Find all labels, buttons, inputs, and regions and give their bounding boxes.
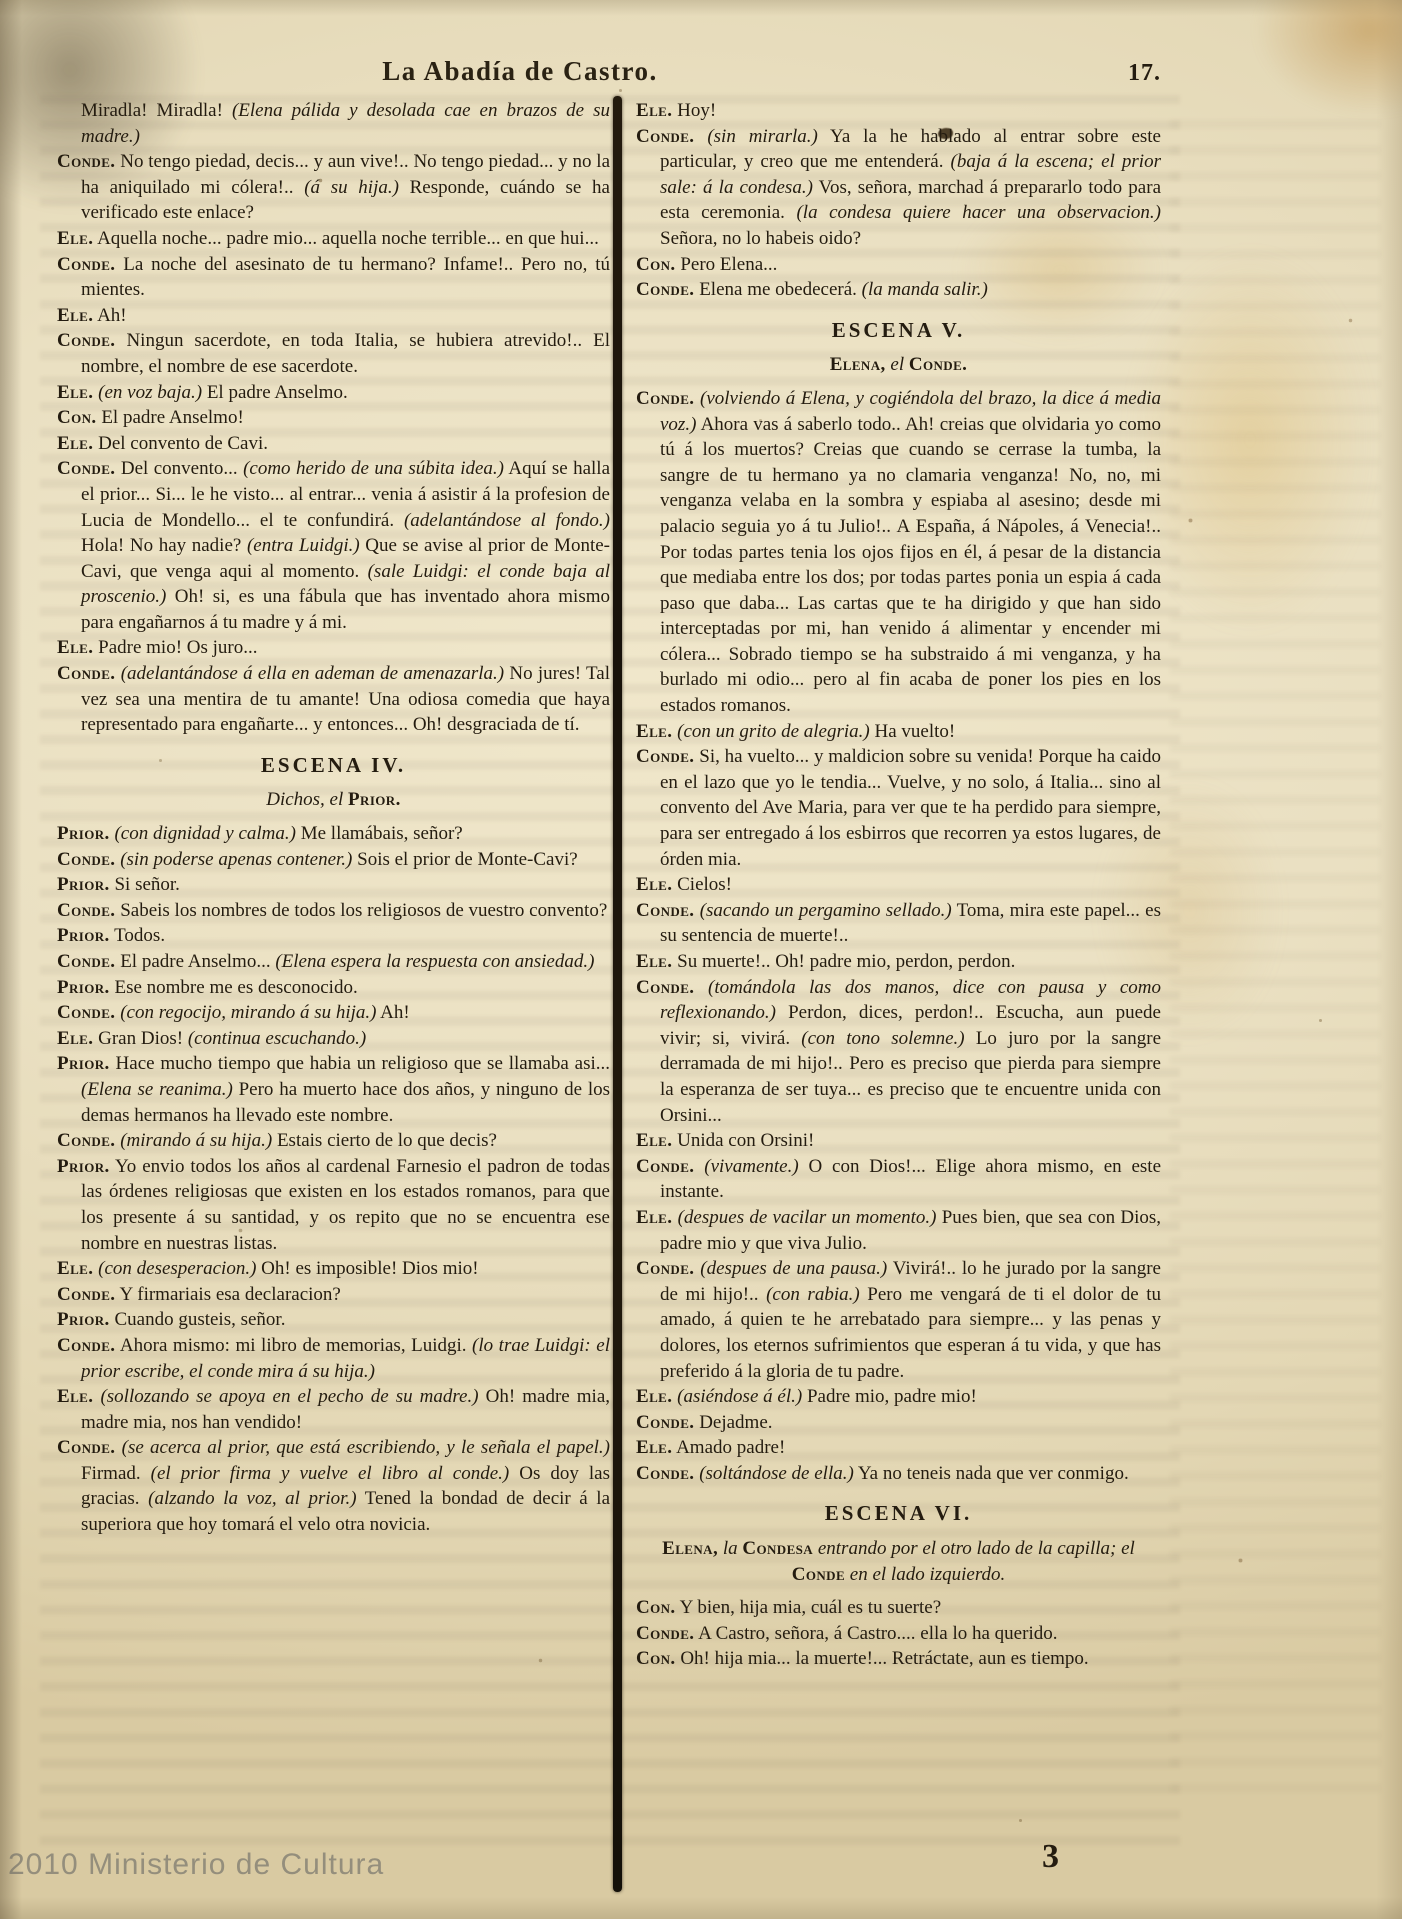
dialogue-text: Firmad.: [81, 1463, 151, 1484]
dialogue-text: Su muerte!.. Oh! padre mio, perdon, perd…: [677, 951, 1015, 972]
speaker-label: Conde.: [57, 458, 115, 479]
dialogue-line: Prior. Hace mucho tiempo que habia un re…: [57, 1051, 610, 1128]
stage-direction: (asiéndose á él.): [677, 1386, 802, 1407]
stage-direction: (Elena se reanima.): [81, 1079, 233, 1100]
dialogue-text: Y bien, hija mia, cuál es tu suerte?: [680, 1597, 942, 1618]
dialogue-line: Conde. Dejadme.: [636, 1410, 1161, 1436]
speaker-label: Prior.: [57, 823, 110, 844]
character-name: Elena,: [662, 1538, 718, 1559]
stage-direction: (con desesperacion.): [98, 1258, 256, 1279]
watermark: 2010 Ministerio de Cultura: [8, 1848, 384, 1882]
dialogue-text: Ese nombre me es desconocido.: [114, 977, 357, 998]
dialogue-line: Ele. (despues de vacilar un momento.) Pu…: [636, 1205, 1161, 1256]
dialogue-text: Pero Elena...: [680, 254, 777, 275]
stage-direction: (mirando á su hija.): [120, 1130, 272, 1151]
speaker-label: Conde.: [636, 1412, 694, 1433]
column-divider: [613, 96, 622, 1892]
stage-direction: en el lado izquierdo.: [845, 1564, 1005, 1585]
speaker-label: Conde.: [636, 900, 694, 921]
dialogue-text: Gran Dios!: [98, 1028, 188, 1049]
character-name: Conde.: [909, 354, 967, 375]
dialogue-line: Prior. Todos.: [57, 923, 610, 949]
speaker-label: Ele.: [57, 1258, 93, 1279]
dialogue-line: Conde. Ningun sacerdote, en toda Italia,…: [57, 328, 610, 379]
dialogue-line: Con. Oh! hija mia... la muerte!... Retrá…: [636, 1646, 1161, 1672]
dialogue-line: Ele. Amado padre!: [636, 1435, 1161, 1461]
speaker-label: Prior.: [57, 925, 110, 946]
stage-direction: (alzando la voz, al prior.): [148, 1488, 356, 1509]
dialogue-line: Ele. Cielos!: [636, 872, 1161, 898]
dialogue-text: Ya no teneis nada que ver conmigo.: [854, 1463, 1129, 1484]
stage-direction: (la manda salir.): [862, 279, 988, 300]
speaker-label: Ele.: [57, 1028, 93, 1049]
dialogue-text: Amado padre!: [676, 1437, 785, 1458]
stage-direction: (sollozando se apoya en el pecho de su m…: [100, 1386, 478, 1407]
stage-direction: (sacando un pergamino sellado.): [700, 900, 952, 921]
dialogue-line: Prior. Si señor.: [57, 872, 610, 898]
speaker-label: Con.: [636, 254, 676, 275]
speaker-label: Conde.: [636, 388, 694, 409]
dialogue-text: El padre Anselmo...: [120, 951, 275, 972]
scene-cast: Elena, la Condesa entrando por el otro l…: [636, 1536, 1161, 1587]
dialogue-text: Ha vuelto!: [870, 721, 955, 742]
dialogue-line: Conde. El padre Anselmo... (Elena espera…: [57, 949, 610, 975]
scene-heading: ESCENA IV.: [57, 753, 610, 779]
dialogue-text: Ahora mismo: mi libro de memorias, Luidg…: [120, 1335, 472, 1356]
dialogue-line: Conde. Y firmariais esa declaracion?: [57, 1282, 610, 1308]
speaker-label: Ele.: [57, 433, 93, 454]
dialogue-text: Unida con Orsini!: [677, 1130, 814, 1151]
speaker-label: Prior.: [57, 874, 110, 895]
stage-direction: (se acerca al prior, que está escribiend…: [122, 1437, 610, 1458]
speaker-label: Ele.: [636, 721, 672, 742]
stage-direction: (soltándose de ella.): [699, 1463, 854, 1484]
speaker-label: Conde.: [57, 254, 115, 275]
dialogue-line: Con. El padre Anselmo!: [57, 405, 610, 431]
dialogue-line: Prior. (con dignidad y calma.) Me llamáb…: [57, 821, 610, 847]
stage-direction: (adelantándose al fondo.): [404, 510, 610, 531]
dialogue-line: Conde. (soltándose de ella.) Ya no tenei…: [636, 1461, 1161, 1487]
dialogue-text: Dejadme.: [699, 1412, 772, 1433]
dialogue-line: Ele. (asiéndose á él.) Padre mio, padre …: [636, 1384, 1161, 1410]
dialogue-text: Todos.: [114, 925, 165, 946]
dialogue-line: Conde. Sabeis los nombres de todos los r…: [57, 898, 610, 924]
dialogue-line: Ele. (sollozando se apoya en el pecho de…: [57, 1384, 610, 1435]
dialogue-line: Ele. Hoy!: [636, 98, 1161, 124]
speaker-label: Conde.: [57, 151, 115, 172]
speaker-label: Prior.: [57, 977, 110, 998]
character-name: Prior.: [348, 789, 401, 810]
scanned-book-page: La Abadía de Castro. 17. Miradla! Miradl…: [0, 0, 1402, 1919]
speaker-label: Conde.: [636, 1463, 694, 1484]
stage-direction: (vivamente.): [704, 1156, 798, 1177]
dialogue-line: Ele. (con un grito de alegria.) Ha vuelt…: [636, 719, 1161, 745]
speaker-label: Conde.: [57, 1437, 115, 1458]
stage-direction: (Elena espera la respuesta con ansiedad.…: [275, 951, 594, 972]
dialogue-text: Y firmariais esa declaracion?: [119, 1284, 340, 1305]
dialogue-text: Sabeis los nombres de todos los religios…: [120, 900, 607, 921]
dialogue-line: Con. Pero Elena...: [636, 252, 1161, 278]
stain: [1130, 250, 1370, 630]
dialogue-line: Conde. (sin mirarla.) Ya la he hablado a…: [636, 124, 1161, 252]
dialogue-text: Oh! es imposible! Dios mio!: [256, 1258, 478, 1279]
stage-direction: (con regocijo, mirando á su hija.): [120, 1002, 376, 1023]
stage-direction: (con rabia.): [766, 1284, 860, 1305]
column-right: Ele. Hoy!Conde. (sin mirarla.) Ya la he …: [636, 98, 1161, 1672]
stage-direction: (á su hija.): [304, 177, 399, 198]
stage-direction: (entra Luidgi.): [247, 535, 360, 556]
stage-direction: (sin poderse apenas contener.): [120, 849, 352, 870]
column-left: Miradla! Miradla! (Elena pálida y desola…: [57, 98, 610, 1538]
stage-direction: (adelantándose á ella en ademan de amena…: [121, 663, 504, 684]
stage-direction: (con tono solemne.): [801, 1028, 964, 1049]
dialogue-line: Conde. (con regocijo, mirando á su hija.…: [57, 1000, 610, 1026]
speaker-label: Conde.: [636, 1623, 694, 1644]
dialogue-line: Ele. Ah!: [57, 303, 610, 329]
dialogue-line: Conde. Ahora mismo: mi libro de memorias…: [57, 1333, 610, 1384]
dialogue-line: Ele. Unida con Orsini!: [636, 1128, 1161, 1154]
speaker-label: Conde.: [636, 126, 694, 147]
dialogue-text: Ahora vas á saberlo todo.. Ah! creias qu…: [660, 414, 1161, 717]
dialogue-text: Aquella noche... padre mio... aquella no…: [97, 228, 599, 249]
stage-direction: (sin mirarla.): [707, 126, 818, 147]
dialogue-line: Ele. Su muerte!.. Oh! padre mio, perdon,…: [636, 949, 1161, 975]
dialogue-text: Padre mio, padre mio!: [802, 1386, 977, 1407]
page-number: 17.: [1128, 60, 1161, 87]
speaker-label: Prior.: [57, 1156, 110, 1177]
speaker-label: Conde.: [57, 951, 115, 972]
dialogue-text: El padre Anselmo!: [101, 407, 243, 428]
dialogue-text: Me llamábais, señor?: [296, 823, 463, 844]
dialogue-text: A Castro, señora, á Castro.... ella lo h…: [698, 1623, 1057, 1644]
dialogue-text: Cuando gusteis, señor.: [114, 1309, 285, 1330]
scene-heading: ESCENA V.: [636, 318, 1161, 344]
speaker-label: Ele.: [636, 874, 672, 895]
stage-direction: (el prior firma y vuelve el libro al con…: [151, 1463, 510, 1484]
dialogue-line: Conde. (mirando á su hija.) Estais ciert…: [57, 1128, 610, 1154]
speaker-label: Con.: [636, 1597, 676, 1618]
dialogue-line: Conde. (despues de una pausa.) Vivirá!..…: [636, 1256, 1161, 1384]
stage-direction: entrando por el otro lado de la capilla;…: [813, 1538, 1135, 1559]
stage-direction: (con un grito de alegria.): [677, 721, 870, 742]
dialogue-text: La noche del asesinato de tu hermano? In…: [81, 254, 610, 301]
speaker-label: Conde.: [57, 1130, 115, 1151]
dialogue-line: Prior. Ese nombre me es desconocido.: [57, 975, 610, 1001]
speaker-label: Ele.: [57, 382, 93, 403]
dialogue-text: Si señor.: [114, 874, 179, 895]
speaker-label: Conde.: [57, 849, 115, 870]
dialogue-line: Ele. (en voz baja.) El padre Anselmo.: [57, 380, 610, 406]
speaker-label: Conde.: [636, 977, 694, 998]
foxing-speckles: [0, 0, 1, 1]
scene-cast: Elena, el Conde.: [636, 352, 1161, 378]
dialogue-line: Conde. A Castro, señora, á Castro.... el…: [636, 1621, 1161, 1647]
stage-direction: (continua escuchando.): [188, 1028, 366, 1049]
dialogue-line: Conde. La noche del asesinato de tu herm…: [57, 252, 610, 303]
speaker-label: Conde.: [636, 1258, 694, 1279]
speaker-label: Ele.: [636, 1437, 672, 1458]
speaker-label: Ele.: [636, 100, 672, 121]
dialogue-line: Con. Y bien, hija mia, cuál es tu suerte…: [636, 1595, 1161, 1621]
dialogue-line: Ele. (con desesperacion.) Oh! es imposib…: [57, 1256, 610, 1282]
page-header-title: La Abadía de Castro.: [290, 56, 750, 87]
character-name: Conde: [792, 1564, 845, 1585]
speaker-label: Conde.: [57, 900, 115, 921]
dialogue-text: Ah!: [97, 305, 127, 326]
dialogue-text: Ningun sacerdote, en toda Italia, se hub…: [81, 330, 610, 377]
stage-direction: el: [886, 354, 909, 375]
dialogue-text: Señora, no lo habeis oido?: [660, 228, 861, 249]
dialogue-line: Miradla! Miradla! (Elena pálida y desola…: [57, 98, 610, 149]
dialogue-line: Ele. Del convento de Cavi.: [57, 431, 610, 457]
sheet-signature: 3: [1042, 1838, 1059, 1876]
dialogue-text: Sois el prior de Monte-Cavi?: [352, 849, 577, 870]
dialogue-text: Yo envio todos los años al cardenal Farn…: [81, 1156, 610, 1254]
dialogue-line: Conde. (adelantándose á ella en ademan d…: [57, 661, 610, 738]
dialogue-text: Elena me obedecerá.: [699, 279, 861, 300]
speaker-label: Conde.: [57, 1284, 115, 1305]
speaker-label: Conde.: [636, 1156, 694, 1177]
stage-direction: (con dignidad y calma.): [114, 823, 296, 844]
speaker-label: Ele.: [57, 637, 93, 658]
dialogue-line: Prior. Yo envio todos los años al carden…: [57, 1154, 610, 1256]
dialogue-line: Prior. Cuando gusteis, señor.: [57, 1307, 610, 1333]
speaker-label: Ele.: [636, 1207, 672, 1228]
speaker-label: Ele.: [636, 1386, 672, 1407]
dialogue-line: Conde. Del convento... (como herido de u…: [57, 456, 610, 635]
dialogue-line: Ele. Gran Dios! (continua escuchando.): [57, 1026, 610, 1052]
dialogue-line: Ele. Aquella noche... padre mio... aquel…: [57, 226, 610, 252]
stage-direction: (la condesa quiere hacer una observacion…: [796, 202, 1161, 223]
dialogue-line: Conde. (vivamente.) O con Dios!... Elige…: [636, 1154, 1161, 1205]
scene-heading: ESCENA VI.: [636, 1501, 1161, 1527]
speaker-label: Conde.: [57, 663, 115, 684]
dialogue-text: Si, ha vuelto... y maldicion sobre su ve…: [660, 746, 1161, 869]
dialogue-line: Conde. (sacando un pergamino sellado.) T…: [636, 898, 1161, 949]
speaker-label: Ele.: [57, 1386, 93, 1407]
scene-cast: Dichos, el Prior.: [57, 787, 610, 813]
speaker-label: Ele.: [636, 1130, 672, 1151]
speaker-label: Ele.: [636, 951, 672, 972]
speaker-label: Prior.: [57, 1309, 110, 1330]
dialogue-text: Miradla! Miradla!: [81, 100, 232, 121]
stage-direction: (despues de vacilar un momento.): [678, 1207, 937, 1228]
dialogue-line: Conde. (sin poderse apenas contener.) So…: [57, 847, 610, 873]
dialogue-text: Cielos!: [677, 874, 732, 895]
dialogue-text: Hace mucho tiempo que habia un religioso…: [116, 1053, 610, 1074]
speaker-label: Con.: [636, 1648, 676, 1669]
stage-direction: (despues de una pausa.): [700, 1258, 887, 1279]
dialogue-text: Hola! No hay nadie?: [81, 535, 247, 556]
dialogue-text: El padre Anselmo.: [202, 382, 348, 403]
dialogue-line: Conde. Elena me obedecerá. (la manda sal…: [636, 277, 1161, 303]
stage-direction: la: [718, 1538, 742, 1559]
stage-direction: (en voz baja.): [98, 382, 202, 403]
dialogue-text: Ah!: [376, 1002, 409, 1023]
speaker-label: Conde.: [636, 279, 694, 300]
dialogue-line: Conde. (se acerca al prior, que está esc…: [57, 1435, 610, 1537]
stage-direction: (como herido de una súbita idea.): [243, 458, 504, 479]
character-name: Condesa: [742, 1538, 813, 1559]
dialogue-line: Conde. No tengo piedad, decis... y aun v…: [57, 149, 610, 226]
dialogue-line: Ele. Padre mio! Os juro...: [57, 635, 610, 661]
speaker-label: Ele.: [57, 228, 93, 249]
dialogue-line: Conde. (tomándola las dos manos, dice co…: [636, 975, 1161, 1129]
dialogue-text: Oh! hija mia... la muerte!... Retráctate…: [680, 1648, 1088, 1669]
speaker-label: Conde.: [57, 1002, 115, 1023]
dialogue-text: Del convento...: [121, 458, 243, 479]
dialogue-text: Estais cierto de lo que decis?: [272, 1130, 497, 1151]
dialogue-line: Conde. (volviendo á Elena, y cogiéndola …: [636, 386, 1161, 719]
speaker-label: Conde.: [57, 330, 115, 351]
stain: [1255, 0, 1402, 115]
dialogue-text: Del convento de Cavi.: [98, 433, 268, 454]
speaker-label: Conde.: [57, 1335, 115, 1356]
speaker-label: Con.: [57, 407, 97, 428]
dialogue-line: Conde. Si, ha vuelto... y maldicion sobr…: [636, 744, 1161, 872]
speaker-label: Conde.: [636, 746, 694, 767]
dialogue-text: Hoy!: [677, 100, 716, 121]
speaker-label: Prior.: [57, 1053, 110, 1074]
stage-direction: Dichos, el: [266, 789, 348, 810]
character-name: Elena,: [830, 354, 886, 375]
dialogue-text: Padre mio! Os juro...: [98, 637, 257, 658]
speaker-label: Ele.: [57, 305, 93, 326]
